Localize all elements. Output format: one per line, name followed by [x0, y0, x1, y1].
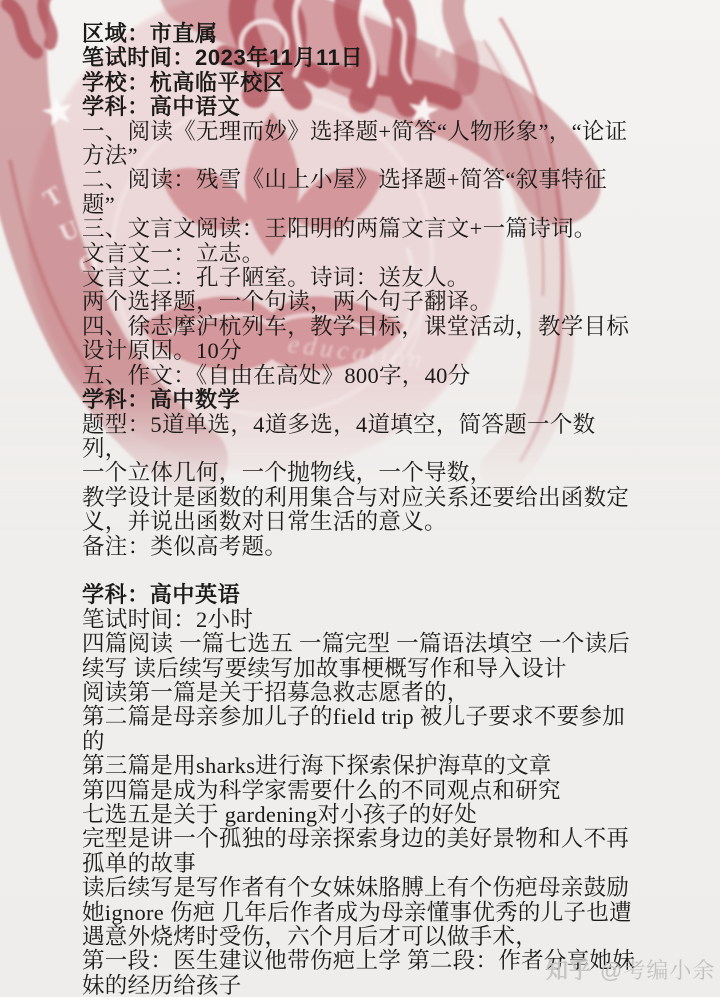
text-line: 续写 读后续写要续写加故事梗概写作和导入设计: [82, 657, 667, 681]
text-line: 完型是讲一个孤独的母亲探索身边的美好景物和人不再: [82, 827, 667, 851]
text-line: [82, 559, 667, 583]
text-line: 三、文言文阅读：王阳明的两篇文言文+一篇诗词。: [82, 217, 667, 241]
text-line: 的: [82, 730, 667, 754]
text-line: 教学设计是函数的利用集合与对应关系还要给出函数定: [82, 486, 667, 510]
text-line: 第三篇是用sharks进行海下探索保护海草的文章: [82, 754, 667, 778]
text-line: 文言文二：孔子陋室。诗词：送友人。: [82, 266, 667, 290]
text-line: 学校：杭高临平校区: [82, 71, 667, 95]
text-line: 一个立体几何，一个抛物线，一个导数，: [82, 461, 667, 485]
text-line: 备注：类似高考题。: [82, 535, 667, 559]
text-line: 孤单的故事: [82, 852, 667, 876]
text-line: 第四篇是成为科学家需要什么的不同观点和研究: [82, 779, 667, 803]
text-line: 学科：高中数学: [82, 388, 667, 412]
text-line: 笔试时间：2小时: [82, 608, 667, 632]
text-line: 读后续写是写作者有个女妹妹胳膊上有个伤疤母亲鼓励: [82, 876, 667, 900]
text-line: 笔试时间：2023年11月11日: [82, 46, 667, 70]
text-line: 五、作文：《自由在高处》800字，40分: [82, 364, 667, 388]
text-line: 第二篇是母亲参加儿子的field trip 被儿子要求不要参加: [82, 705, 667, 729]
text-line: 区域：市直属: [82, 22, 667, 46]
text-line: 四篇阅读 一篇七选五 一篇完型 一篇语法填空 一个读后: [82, 632, 667, 656]
zhihu-watermark: 知乎@考编小余: [546, 954, 715, 985]
text-line: 两个选择题，一个句读，两个句子翻译。: [82, 290, 667, 314]
text-line: 设计原因。10分: [82, 339, 667, 363]
text-line: 遇意外烧烤时受伤，六个月后才可以做手术，: [82, 925, 667, 949]
text-line: 一、阅读《无理而妙》选择题+简答“人物形象”，“论证: [82, 120, 667, 144]
text-line: 题”: [82, 193, 667, 217]
text-line: 四、徐志摩沪杭列车，教学目标，课堂活动，教学目标: [82, 315, 667, 339]
watermark-author-handle: @考编小余: [600, 958, 715, 983]
text-line: 阅读第一篇是关于招募急救志愿者的，: [82, 681, 667, 705]
text-line: 题型：5道单选，4道多选，4道填空，简答题一个数: [82, 413, 667, 437]
text-line: 七选五是关于 gardening对小孩子的好处: [82, 803, 667, 827]
text-line: 学科：高中语文: [82, 95, 667, 119]
text-line: 文言文一：立志。: [82, 242, 667, 266]
zhihu-logo-text: 知乎: [546, 958, 592, 983]
text-line: 学科：高中英语: [82, 583, 667, 607]
text-line: 方法”: [82, 144, 667, 168]
text-line: 二、阅读：残雪《山上小屋》选择题+简答“叙事特征: [82, 168, 667, 192]
text-line: 义，并说出函数对日常生活的意义。: [82, 510, 667, 534]
text-line: 列，: [82, 437, 667, 461]
document-text: 区域：市直属笔试时间：2023年11月11日学校：杭高临平校区学科：高中语文一、…: [82, 22, 667, 997]
text-line: 她ignore 伤疤 几年后作者成为母亲懂事优秀的儿子也遭: [82, 901, 667, 925]
